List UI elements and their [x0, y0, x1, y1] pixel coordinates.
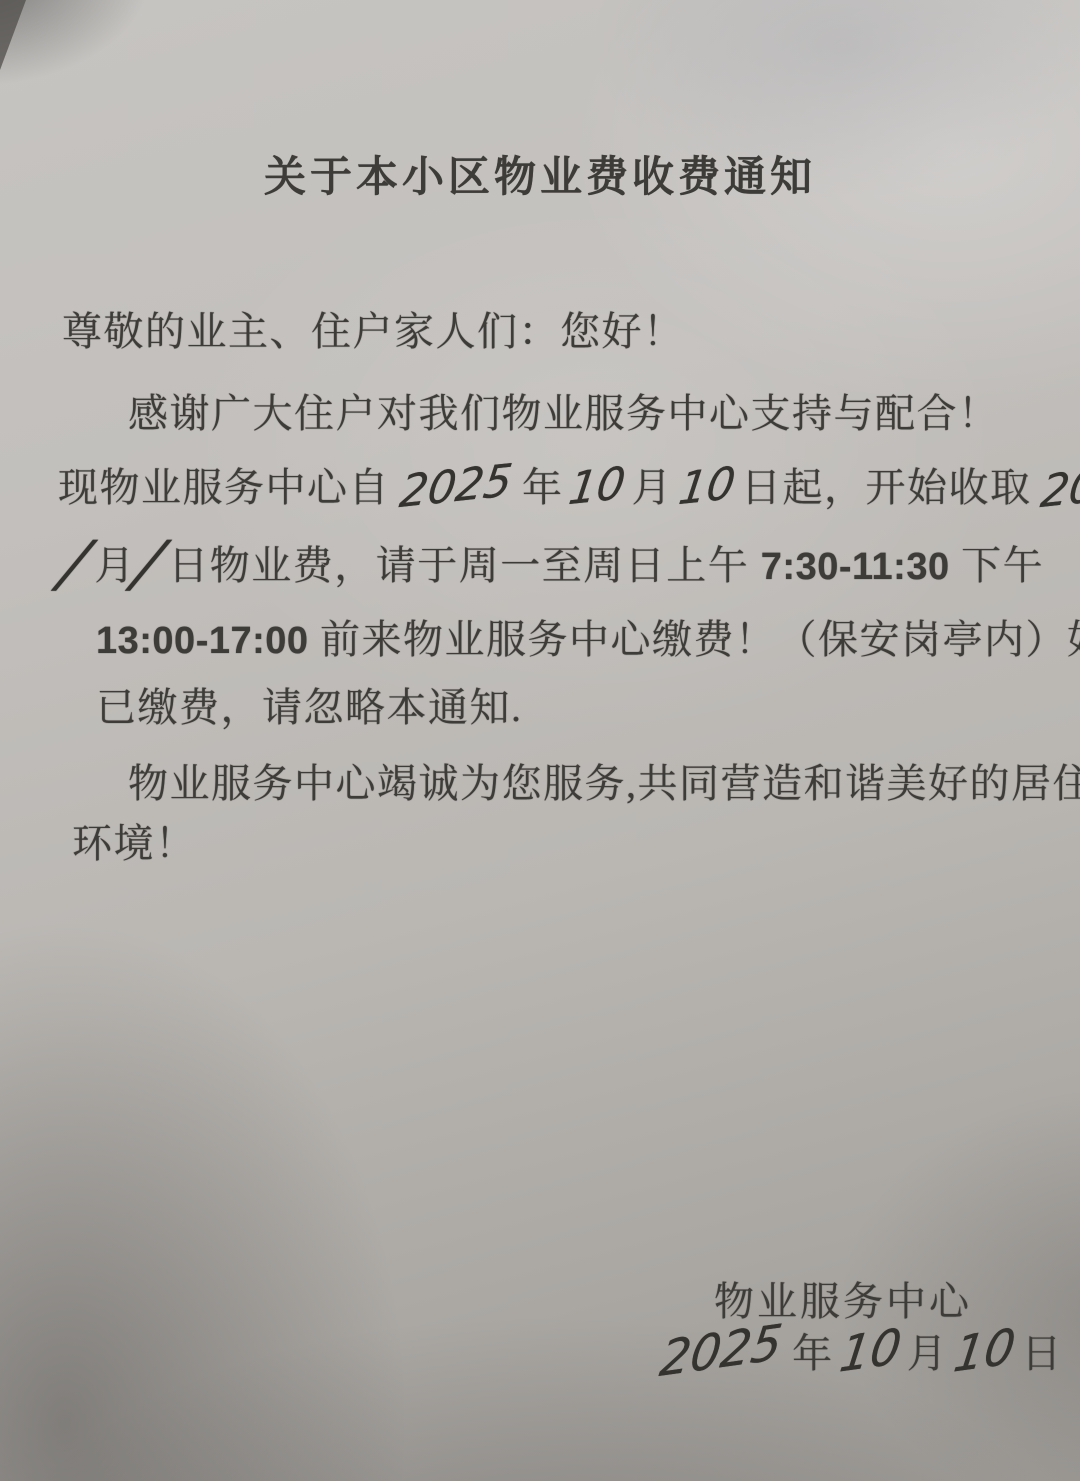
handwritten-date-month: 10: [836, 1318, 905, 1384]
notice-document: 关于本小区物业费收费通知 尊敬的业主、住户家人们：您好！ 感谢广大住户对我们物业…: [0, 0, 1080, 1481]
notice-title: 关于本小区物业费收费通知: [0, 144, 1080, 204]
handwritten-slash-month: /: [58, 544, 93, 584]
handwritten-year-2: 2025: [1038, 455, 1080, 519]
fee-text-2: 日物业费，请于周一至周日上午: [168, 543, 761, 588]
handwritten-day-1: 10: [675, 458, 738, 516]
handwritten-date-day: 10: [950, 1318, 1019, 1384]
already-paid-line: 已缴费，请忽略本通知.: [96, 676, 523, 733]
start-text-1: 现物业服务中心自: [58, 465, 390, 510]
start-text-2: 年: [522, 465, 564, 510]
date-text-3: 日: [1021, 1331, 1063, 1376]
handwritten-year-1: 2025: [397, 455, 516, 519]
date-text-2: 月: [907, 1331, 949, 1376]
handwritten-month-1: 10: [566, 458, 629, 516]
closing-line-1: 物业服务中心竭诚为您服务,共同营造和谐美好的居住: [128, 752, 1080, 809]
thanks-line: 感谢广大住户对我们物业服务中心支持与配合！: [128, 382, 1000, 439]
notice-photo: 关于本小区物业费收费通知 尊敬的业主、住户家人们：您好！ 感谢广大住户对我们物业…: [0, 0, 1080, 1481]
date-line: 2025年10月10日: [650, 1322, 1063, 1379]
start-text-3: 月: [631, 465, 673, 510]
hours-text: 前来物业服务中心缴费！（保安岗亭内）如您: [309, 617, 1080, 662]
fee-text-1: 月: [94, 543, 136, 588]
start-text-4: 日起，开始收取: [741, 465, 1032, 510]
afternoon-hours: 13:00-17:00: [96, 620, 309, 662]
date-text-1: 年: [792, 1331, 834, 1376]
start-date-line: 现物业服务中心自2025年10月10日起，开始收取2025年: [58, 456, 1080, 513]
closing-line-2: 环境！: [72, 812, 197, 869]
morning-hours: 7:30-11:30: [761, 546, 950, 588]
handwritten-slash-day: /: [131, 544, 166, 584]
fee-text-3: 下午: [950, 543, 1045, 588]
fee-period-line: /月/日物业费，请于周一至周日上午 7:30-11:30 下午: [62, 534, 1044, 591]
afternoon-hours-line: 13:00-17:00 前来物业服务中心缴费！（保安岗亭内）如您: [96, 608, 1080, 665]
handwritten-date-year: 2025: [657, 1314, 786, 1389]
greeting-line: 尊敬的业主、住户家人们：您好！: [62, 300, 685, 357]
